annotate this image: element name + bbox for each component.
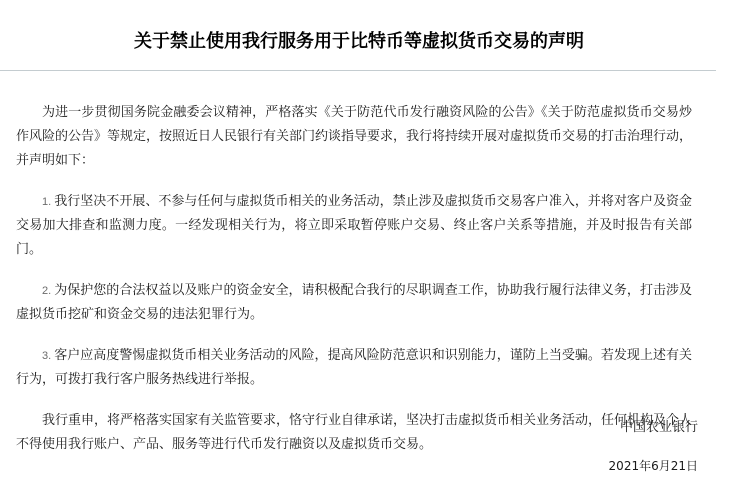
signature-organization: 中国农业银行: [620, 419, 698, 437]
paragraph-number: 1.: [42, 196, 54, 208]
paragraph-text: 我行坚决不开展、不参与任何与虚拟货币相关的业务活动，禁止涉及虚拟货币交易客户准入…: [16, 194, 692, 257]
paragraph-text: 为保护您的合法权益以及账户的资金安全，请积极配合我行的尽职调查工作，协助我行履行…: [16, 283, 692, 322]
paragraph-text: 为进一步贯彻国务院金融委会议精神，严格落实《关于防范代币发行融资风险的公告》《关…: [16, 105, 692, 168]
paragraph-number: 2.: [42, 285, 54, 297]
numbered-paragraph-1: 1. 我行坚决不开展、不参与任何与虚拟货币相关的业务活动，禁止涉及虚拟货币交易客…: [16, 190, 692, 262]
closing-paragraph: 我行重申，将严格落实国家有关监管要求，恪守行业自律承诺，坚决打击虚拟货币相关业务…: [16, 409, 692, 457]
document-body: 为进一步贯彻国务院金融委会议精神，严格落实《关于防范代币发行融资风险的公告》《关…: [16, 101, 692, 474]
numbered-paragraph-3: 3. 客户应高度警惕虚拟货币相关业务活动的风险，提高风险防范意识和识别能力，谨防…: [16, 344, 692, 392]
signature-date: 2021年6月21日: [609, 457, 698, 475]
document-title: 关于禁止使用我行服务用于比特币等虚拟货币交易的声明: [0, 29, 718, 55]
paragraph-text: 客户应高度警惕虚拟货币相关业务活动的风险，提高风险防范意识和识别能力，谨防上当受…: [16, 348, 692, 387]
paragraph-text: 我行重申，将严格落实国家有关监管要求，恪守行业自律承诺，坚决打击虚拟货币相关业务…: [16, 413, 692, 452]
paragraph-number: 3.: [42, 350, 54, 362]
numbered-paragraph-2: 2. 为保护您的合法权益以及账户的资金安全，请积极配合我行的尽职调查工作，协助我…: [16, 279, 692, 327]
title-divider: [0, 70, 716, 71]
intro-paragraph: 为进一步贯彻国务院金融委会议精神，严格落实《关于防范代币发行融资风险的公告》《关…: [16, 101, 692, 173]
